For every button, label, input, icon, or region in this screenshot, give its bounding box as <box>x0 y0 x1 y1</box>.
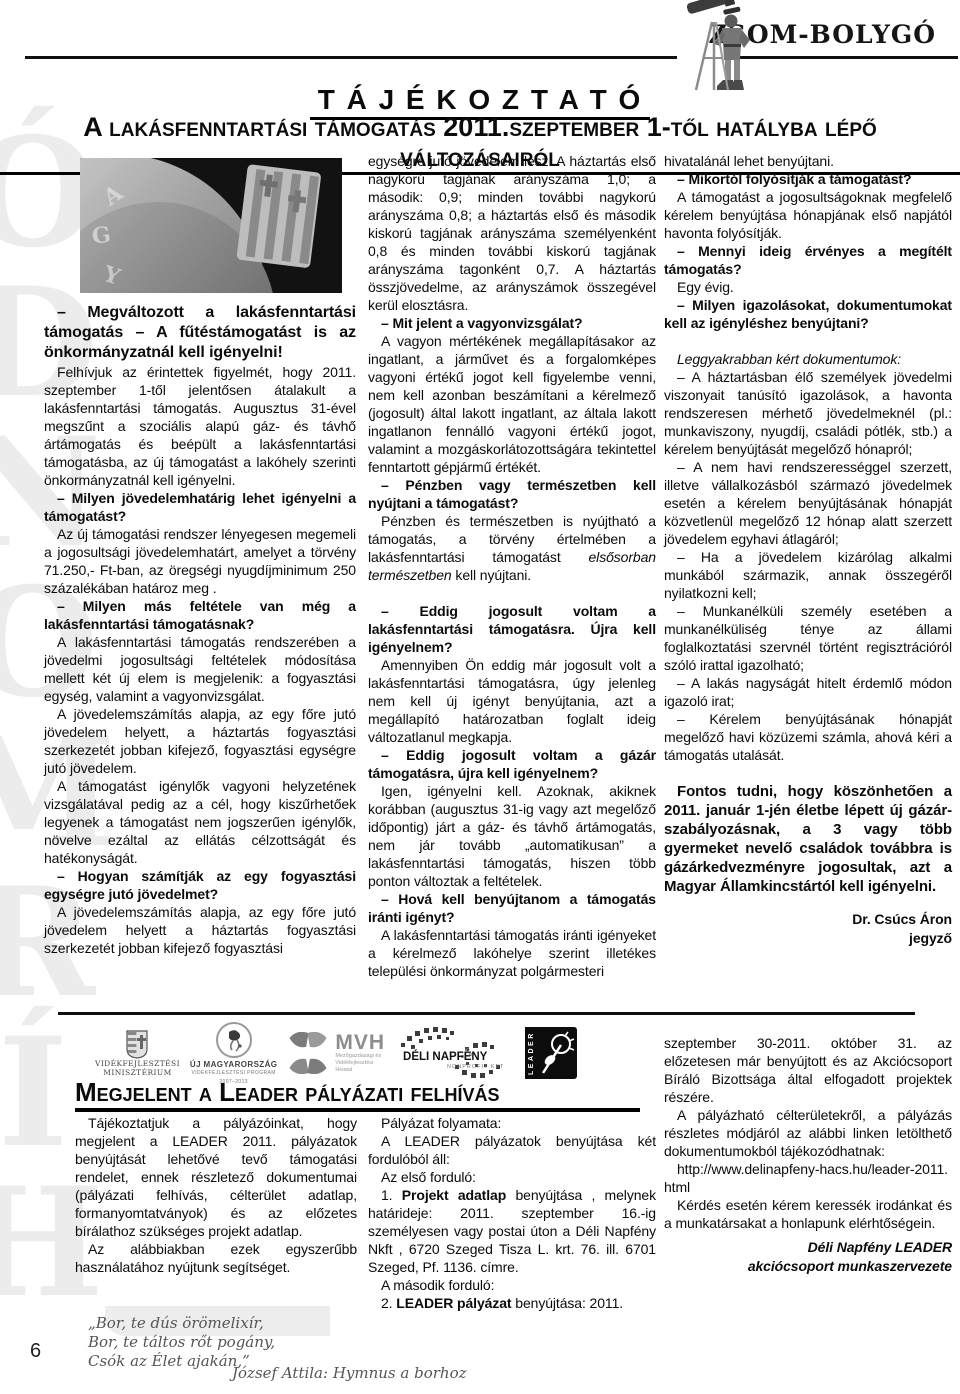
page-number: 6 <box>30 1340 41 1363</box>
item-bold-label: Projekt adatlap <box>402 1187 506 1203</box>
leader-plant-icon: LEADER <box>525 1027 577 1079</box>
item-bold-label: LEADER pályázat <box>396 1295 511 1311</box>
paragraph: Tájékoztatjuk a pályázóinkat, hogy megje… <box>75 1114 357 1240</box>
signature-name: Dr. Csúcs Áron <box>664 910 952 929</box>
mvh-logo-text: Vidékfejlesztési <box>335 1060 385 1067</box>
signature-name: Déli Napfény LEADER <box>664 1238 952 1257</box>
leader-logo-word: LEADER <box>528 1031 535 1075</box>
article2-column-3: szeptember 30-2011. október 31. az előze… <box>664 1034 952 1276</box>
mvh-acronym: MVH <box>335 1033 385 1053</box>
question-heading: – Hogyan számítják az egy fogyasztási eg… <box>44 867 356 903</box>
paragraph: A vagyon mértékének megállapításakor az … <box>368 332 656 476</box>
article2-heading-row: Megjelent a Leader pályázati felhívás <box>75 1078 640 1112</box>
coat-of-arms-relief <box>236 164 321 268</box>
article2-headline: Megjelent a Leader pályázati felhívás <box>75 1077 499 1107</box>
quote-line: „Bor, te dús örömelixír, <box>88 1314 275 1333</box>
paragraph: Az alábbiakban ezek egyszerűbb használat… <box>75 1240 357 1276</box>
hungarian-coat-of-arms-icon <box>125 1029 149 1059</box>
quote-attribution: József Attila: Hymnus a borhoz <box>232 1364 467 1382</box>
deli-napfeny-logo: DÉLI NAPFÉNY NONPROFIT KFT <box>395 1025 515 1081</box>
question-heading: – Mennyi ideig érvényes a megítélt támog… <box>664 242 952 278</box>
deli-napfeny-name: DÉLI NAPFÉNY <box>403 1051 487 1063</box>
signature-block: Déli Napfény LEADER akciócsoport munkasz… <box>664 1238 952 1276</box>
paragraph: Felhívjuk az érintettek figyelmét, hogy … <box>44 363 356 489</box>
question-heading: – Pénzben vagy természetben kell nyújtan… <box>368 476 656 512</box>
paragraph: A második forduló: <box>368 1276 656 1294</box>
paragraph: Igen, igényelni kell. Azoknak, akiknek k… <box>368 782 656 890</box>
partner-logos-row: VIDÉKFEJLESZTÉSI MINISZTÉRIUM ÚJ MAGYARO… <box>95 1024 577 1082</box>
signature-role: akciócsoport munkaszervezete <box>664 1257 952 1276</box>
item-text: benyújtása: 2011. <box>511 1295 623 1311</box>
question-heading: – Eddig jogosult voltam a gázár támogatá… <box>368 746 656 782</box>
important-note: Fontos tudni, hogy köszönhetően a 2011. … <box>664 782 952 896</box>
numbered-item: 2. LEADER pályázat benyújtása: 2011. <box>368 1294 656 1312</box>
paragraph: Pályázat folyamata: <box>368 1114 656 1132</box>
article2-column-2: Pályázat folyamata: A LEADER pályázatok … <box>368 1114 656 1312</box>
paragraph: A jövedelemszámítás alapja, az egy főre … <box>44 903 356 957</box>
mvh-logo: MVH Mezőgazdasági és Vidékfejlesztési Hi… <box>287 1032 385 1074</box>
article1-column-1: A G Y – Megváltozott a lakásfenntartási … <box>44 152 356 957</box>
coin-rim-letter: G <box>90 222 112 250</box>
numbered-item: 1. Projekt adatlap benyújtása , melynek … <box>368 1186 656 1276</box>
deli-napfeny-subtext: NONPROFIT KFT <box>447 1064 504 1070</box>
item-number: 2. <box>381 1295 396 1311</box>
paragraph: egységre jutó jövedelem lesz. A háztartá… <box>368 152 656 314</box>
question-heading: – Hová kell benyújtanom a támogatás irán… <box>368 890 656 926</box>
wine-quote: „Bor, te dús örömelixír, Bor, te táltos … <box>88 1314 275 1371</box>
question-heading: – Mikortól folyósítják a támogatást? <box>664 170 952 188</box>
article2-column-1: Tájékoztatjuk a pályázóinkat, hogy megje… <box>75 1114 357 1276</box>
paragraph: A jövedelemszámítás alapja, az egy főre … <box>44 705 356 777</box>
paragraph: Az első forduló: <box>368 1168 656 1186</box>
article1-column-3: hivatalánál lehet benyújtani. – Mikortól… <box>664 152 952 948</box>
list-item: – A háztartásban élő személyek jövedelmi… <box>664 368 952 458</box>
mvh-logo-text: Mezőgazdasági és <box>335 1053 385 1060</box>
signature-role: jegyző <box>664 929 952 948</box>
list-item: – Kérelem benyújtásának hónapját megelőz… <box>664 710 952 764</box>
leader-logo: LEADER <box>525 1027 577 1079</box>
list-item: – A nem havi rendszerességgel szerzett, … <box>664 458 952 548</box>
mvh-petals-icon <box>287 1032 329 1074</box>
umvp-logo-text: ÚJ MAGYARORSZÁG <box>190 1060 278 1069</box>
ministry-logo-text: MINISZTÉRIUM <box>95 1068 180 1077</box>
list-item: – Ha a jövedelem kizárólag alkalmi munká… <box>664 548 952 602</box>
question-heading: – Eddig jogosult voltam a lakásfenntartá… <box>368 602 656 656</box>
newsletter-page: Ó D N O M R Í H ZSOM-BOLYGÓ <box>0 0 960 1394</box>
paragraph: A LEADER pályázatok benyújtása két fordu… <box>368 1132 656 1168</box>
section-divider-rule <box>58 1012 915 1015</box>
paragraph: szeptember 30-2011. október 31. az előze… <box>664 1034 952 1106</box>
ministry-logo: VIDÉKFEJLESZTÉSI MINISZTÉRIUM <box>95 1029 180 1077</box>
paragraph: Kérdés esetén kérem keressék irodánkat é… <box>664 1196 952 1232</box>
paragraph: A lakásfenntartási támogatás iránti igén… <box>368 926 656 980</box>
signature-block: Dr. Csúcs Áron jegyző <box>664 910 952 948</box>
paragraph: hivatalánál lehet benyújtani. <box>664 152 952 170</box>
website-url: http://www.delinapfeny-hacs.hu/leader-20… <box>664 1160 952 1196</box>
question-heading: – Mit jelent a vagyonvizsgálat? <box>368 314 656 332</box>
item-number: 1. <box>381 1187 402 1203</box>
paragraph: Pénzben és természetben is nyújtható a t… <box>368 512 656 584</box>
list-item: – Munkanélküli személy esetében a munkan… <box>664 602 952 674</box>
article1-column-2: egységre jutó jövedelem lesz. A háztartá… <box>368 152 656 980</box>
stargazer-figure-illustration <box>684 0 772 94</box>
paragraph: Az új támogatási rendszer lényegesen meg… <box>44 525 356 597</box>
paragraph: Egy évig. <box>664 278 952 296</box>
question-heading: – Milyen jövedelemhatárig lehet igényeln… <box>44 489 356 525</box>
ministry-logo-text: VIDÉKFEJLESZTÉSI <box>95 1059 180 1068</box>
list-item: – A lakás nagyságát hitelt érdemlő módon… <box>664 674 952 710</box>
paragraph: Amennyiben Ön eddig már jogosult volt a … <box>368 656 656 746</box>
article1-headline: – Megváltozott a lakásfenntartási támoga… <box>44 303 356 363</box>
masthead-rule-left <box>25 56 677 59</box>
mvh-logo-text: Hivatal <box>335 1067 385 1074</box>
paragraph-text: kell nyújtani. <box>452 567 531 583</box>
question-heading: – Milyen igazolásokat, dokumentumokat ke… <box>664 296 952 332</box>
paragraph: A támogatást igénylők vagyoni helyzeténe… <box>44 777 356 867</box>
quote-line: Bor, te táltos rőt pogány, <box>88 1333 275 1352</box>
umvp-flower-icon <box>213 1020 255 1060</box>
paragraph: A támogatást a jogosultságoknak megfelel… <box>664 188 952 242</box>
question-heading: – Milyen más feltétele van még a lakásfe… <box>44 597 356 633</box>
list-lead: Leggyakrabban kért dokumentumok: <box>664 350 952 368</box>
paragraph: A pályázható célterületekről, a pályázás… <box>664 1106 952 1160</box>
coin-photo: A G Y <box>80 158 342 293</box>
paragraph: A lakásfenntartási támogatás rendszerébe… <box>44 633 356 705</box>
